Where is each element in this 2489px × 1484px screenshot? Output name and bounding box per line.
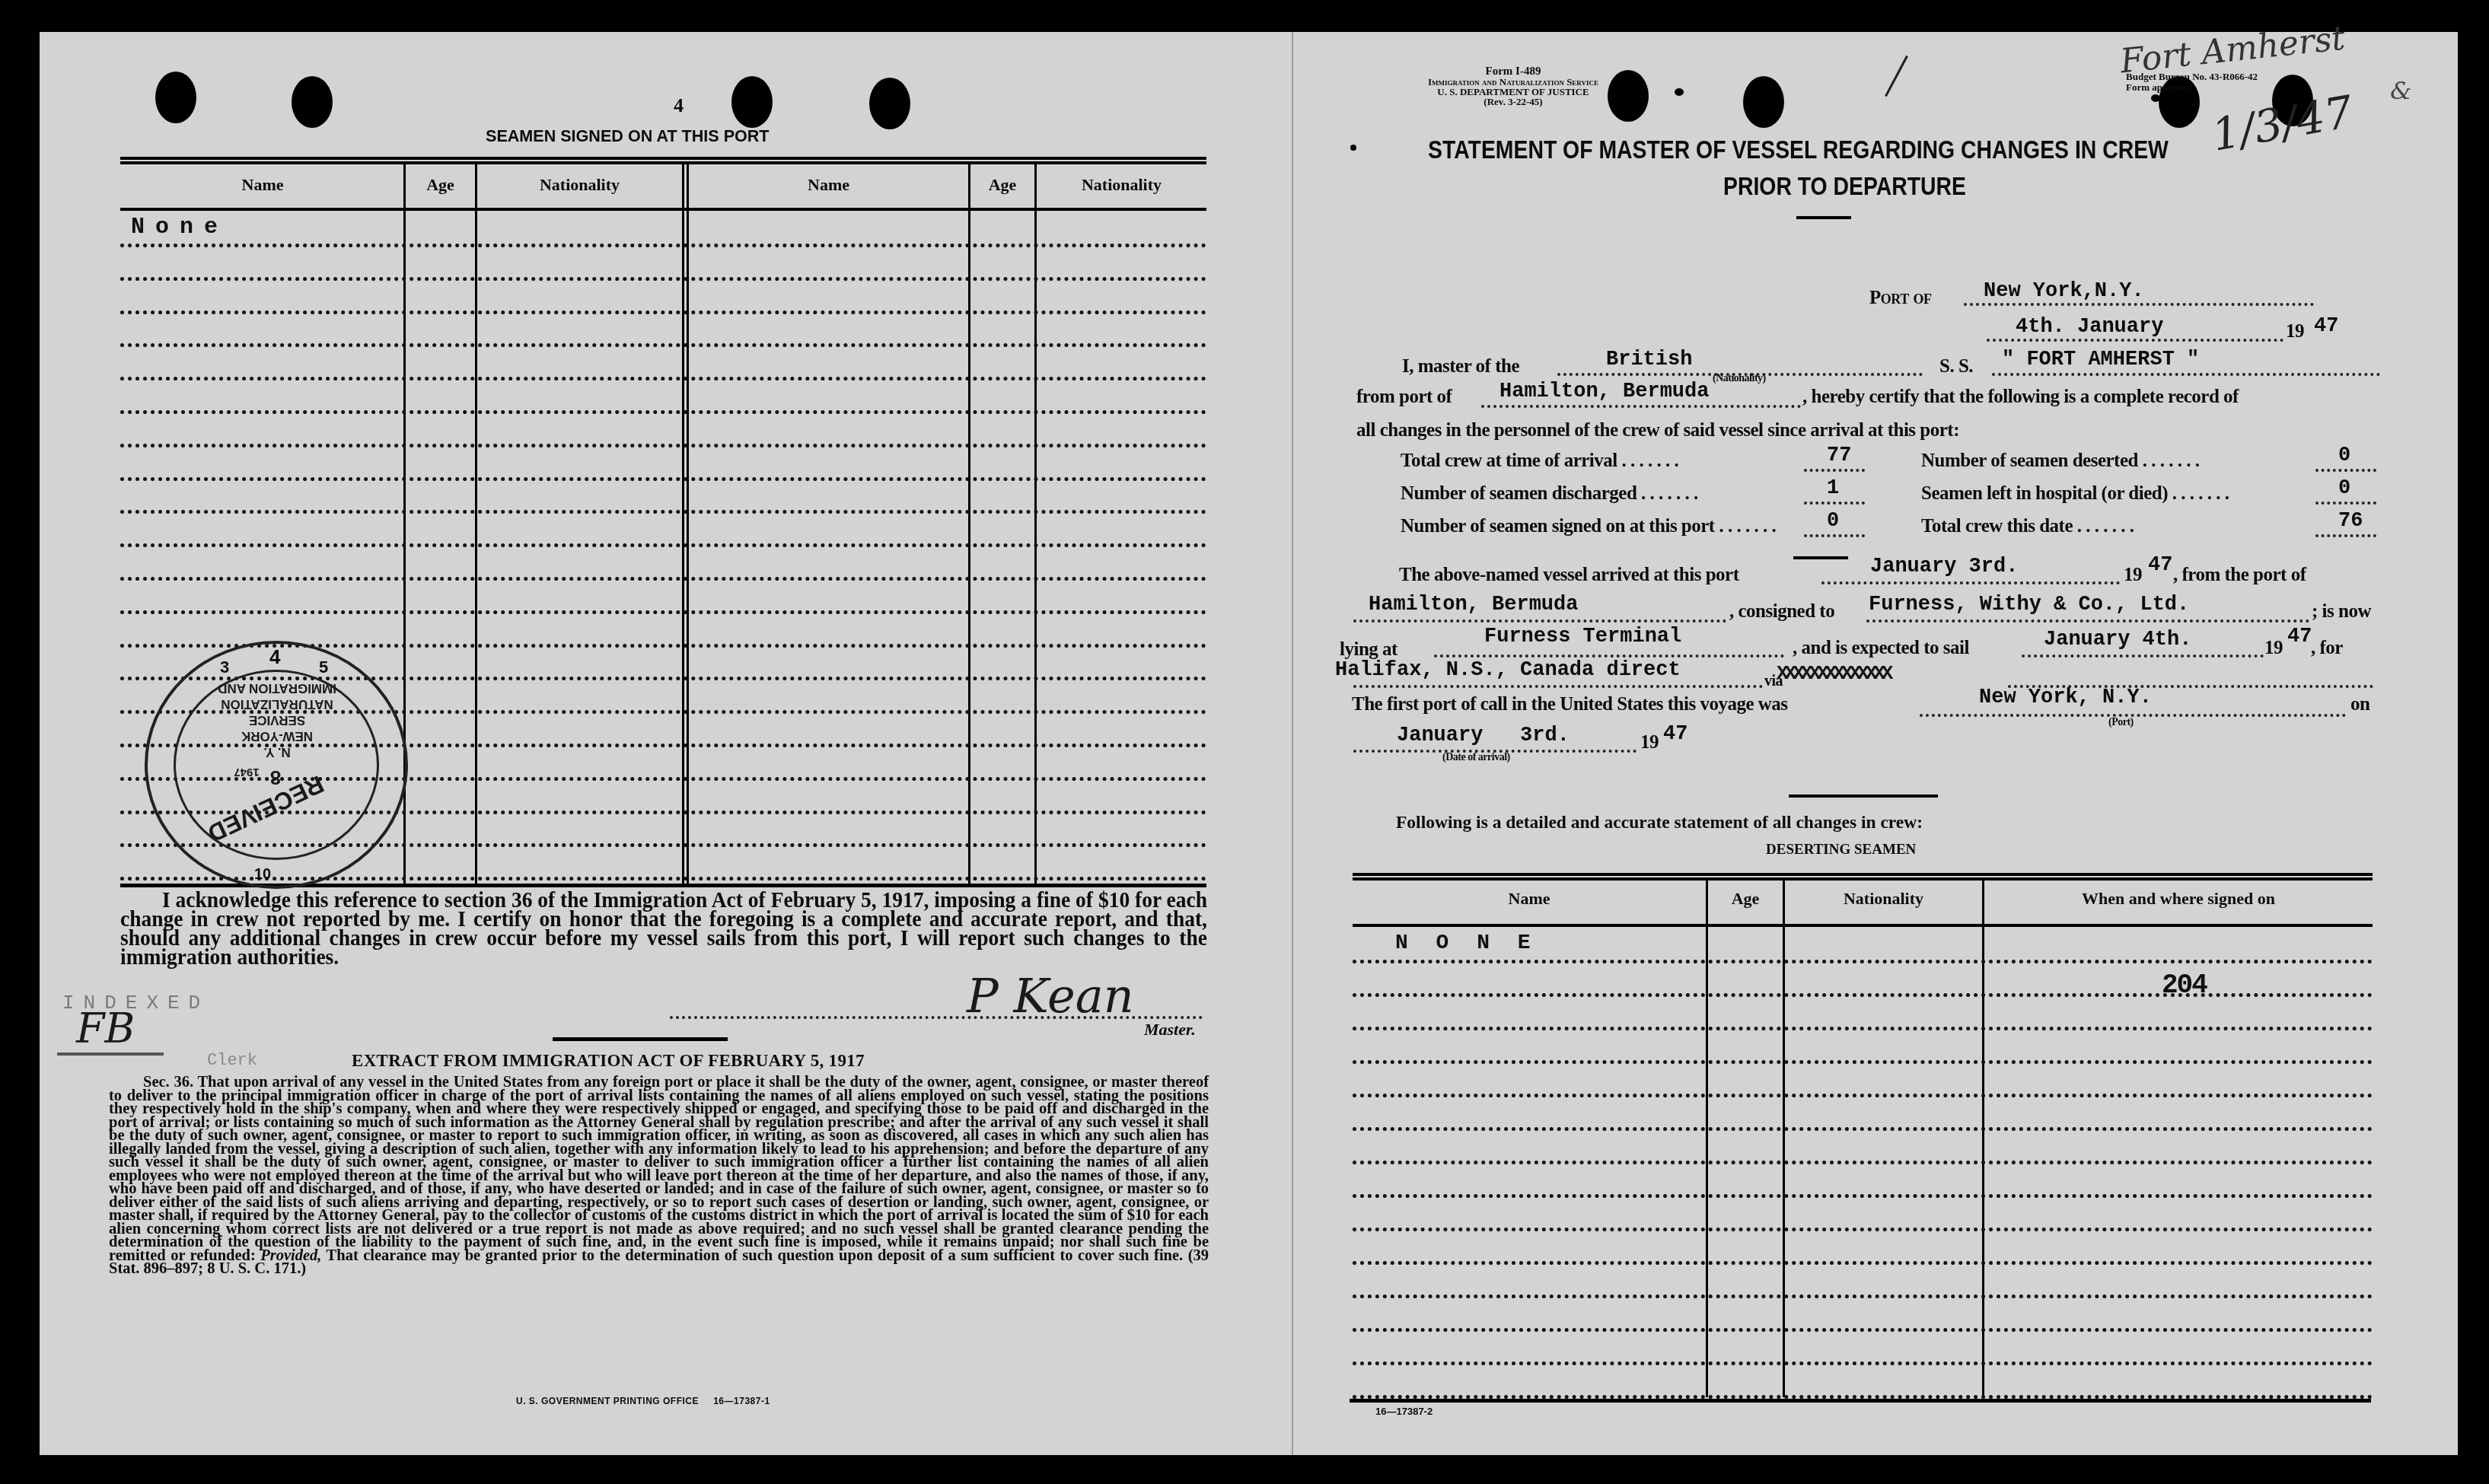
column-header-signed-on: When and where signed on	[1984, 889, 2373, 909]
year-prefix: 19	[2286, 321, 2304, 342]
lying-value: Furness Terminal	[1484, 626, 1681, 648]
page-fold	[1292, 32, 1293, 1455]
table-row	[1353, 1194, 2373, 1198]
table-row	[1353, 1228, 2373, 1231]
table-row	[120, 543, 1206, 547]
from-port-label: from port of	[1356, 387, 1452, 408]
arrived-label: The above-named vessel arrived at this p…	[1399, 565, 1739, 586]
column-divider	[1982, 880, 1984, 1397]
sail-field	[2022, 654, 2264, 658]
stat-value: 0	[2338, 477, 2350, 500]
sail-year: 47	[2287, 626, 2312, 648]
stat-value: 0	[1827, 510, 1839, 533]
punch-hole	[155, 72, 196, 123]
ss-label: S. S.	[1939, 356, 1973, 377]
from-port-value: Hamilton, Bermuda	[1499, 381, 1709, 403]
table-row	[120, 377, 1206, 381]
column-header-nationality: Nationality	[477, 175, 682, 195]
nationality-caption: (Nationality)	[1713, 373, 1766, 385]
form-title-line2: PRIOR TO DEPARTURE	[1723, 172, 1966, 201]
punch-hole	[292, 76, 333, 128]
stat-field	[2315, 534, 2376, 537]
clerk-label: Clerk	[207, 1051, 257, 1070]
extract-title: EXTRACT FROM IMMIGRATION ACT OF FEBRUARY…	[352, 1051, 865, 1071]
port-caption: (Port)	[2108, 717, 2134, 729]
column-header-name: Name	[122, 175, 403, 195]
table-row	[120, 477, 1206, 481]
table-row	[1353, 960, 2373, 963]
table-row	[1353, 1094, 2373, 1097]
deserting-title: DESERTING SEAMEN	[1766, 842, 1916, 858]
divider	[1789, 795, 1938, 798]
destination-field	[1353, 685, 1763, 688]
table-row	[120, 510, 1206, 514]
table-row	[120, 444, 1206, 447]
table-row	[1353, 1027, 2373, 1030]
consignee-field	[1866, 619, 2309, 623]
punch-hole	[731, 76, 773, 128]
table-row	[1353, 1361, 2373, 1365]
arrived-field	[1821, 581, 2120, 584]
page-number: 4	[674, 94, 684, 117]
first-year: 47	[1663, 723, 1687, 746]
form-code: 16—17387-2	[1375, 1406, 1433, 1417]
table-row	[1353, 1261, 2373, 1265]
from-port-of-label: , from the port of	[2173, 565, 2306, 586]
stat-field	[2315, 469, 2376, 472]
stamp-ring-5: 5	[319, 658, 328, 677]
table-row	[120, 310, 1206, 314]
master-label: I, master of the	[1402, 356, 1519, 377]
year-prefix: 19	[2264, 638, 2283, 659]
column-divider	[1706, 880, 1708, 1397]
lying-label: lying at	[1340, 639, 1397, 661]
table-top-rule	[1353, 873, 2373, 881]
table-row	[120, 577, 1206, 581]
lying-field	[1434, 654, 1784, 658]
divider	[553, 1037, 728, 1041]
form-header: Form I-489 Immigration and Naturalizatio…	[1353, 67, 1673, 107]
sail-label: , and is expected to sail	[1793, 638, 1969, 659]
divider	[1793, 556, 1848, 559]
stamp-agency-text: N. Y. NEW-YORK SERVICE NATURALIZATION IM…	[193, 680, 361, 760]
via-struck-out: XXXXXXXXXXXXXX	[1777, 662, 1889, 685]
table-bottom-rule	[1350, 1399, 2371, 1403]
ink-dot	[1675, 88, 1684, 96]
printer-line: U. S. GOVERNMENT PRINTING OFFICE 16—1738…	[516, 1396, 770, 1406]
for-label: , for	[2311, 638, 2343, 659]
certify-text: , hereby certify that the following is a…	[1802, 387, 2239, 408]
stat-value: 77	[1827, 444, 1851, 467]
table-row-name: None	[131, 215, 228, 240]
table-top-rule	[120, 157, 1206, 164]
certify-text-2: all changes in the personnel of the crew…	[1356, 420, 1959, 441]
stat-field	[1804, 534, 1865, 537]
master-signature: P Kean	[967, 968, 1134, 1024]
port-field	[1964, 303, 2314, 306]
year-value: 47	[2314, 315, 2338, 338]
stat-label: Seamen left in hospital (or died) . . . …	[1921, 483, 2229, 505]
form-title-line1: STATEMENT OF MASTER OF VESSEL REGARDING …	[1428, 135, 2169, 164]
date-caption: (Date of arrival)	[1442, 752, 1510, 764]
received-stamp: N. Y. NEW-YORK SERVICE NATURALIZATION IM…	[145, 641, 408, 889]
clerk-initials: FB	[76, 1005, 135, 1052]
date-field	[1987, 339, 2283, 342]
table-row	[1353, 1127, 2373, 1131]
year-prefix: 19	[2124, 565, 2142, 586]
table-row	[120, 410, 1206, 414]
nationality-value: British	[1606, 349, 1692, 371]
ink-dot	[1350, 145, 1356, 151]
following-text: Following is a detailed and accurate sta…	[1396, 813, 1923, 833]
stamp-year: 1947	[231, 766, 262, 779]
origin-value: Hamilton, Bermuda	[1369, 594, 1578, 616]
table-row	[120, 277, 1206, 281]
master-label: Master.	[1144, 1020, 1196, 1040]
sail-value: January 4th.	[2044, 629, 2191, 651]
punch-hole	[1743, 76, 1784, 128]
acknowledgment-text: I acknowledge this reference to section …	[120, 890, 1207, 967]
stat-label: Total crew at time of arrival . . . . . …	[1401, 451, 1678, 472]
port-value: New York,N.Y.	[1984, 280, 2144, 303]
stat-value: 0	[2338, 444, 2350, 467]
table-header-rule	[120, 208, 1206, 211]
first-port-label: The first port of call in the United Sta…	[1352, 694, 1788, 715]
port-label: Port of	[1869, 288, 1931, 309]
table-row	[1353, 1295, 2373, 1298]
table-row	[120, 343, 1206, 347]
column-header-age: Age	[406, 175, 475, 195]
table-row	[120, 244, 1206, 247]
first-date-value: January 3rd.	[1397, 724, 1570, 747]
column-divider	[1783, 880, 1785, 1397]
on-label: on	[2350, 694, 2369, 715]
section-title: SEAMEN SIGNED ON AT THIS PORT	[486, 126, 770, 146]
table-row	[1353, 993, 2373, 997]
extract-text: Sec. 36. That upon arrival of any vessel…	[109, 1076, 1209, 1276]
stamp-ring-10: 10	[254, 866, 271, 884]
table-row	[120, 610, 1206, 614]
table-header-rule	[1353, 924, 2373, 927]
stat-field	[2315, 502, 2376, 505]
stat-value: 1	[1827, 477, 1839, 500]
punch-hole	[869, 78, 910, 129]
stat-field	[1804, 502, 1865, 505]
table-row	[1353, 1161, 2373, 1164]
stamp-ring-4: 4	[269, 645, 280, 669]
divider	[1796, 216, 1851, 219]
stamp-ring-3: 3	[220, 658, 229, 677]
column-header-name: Name	[1353, 889, 1706, 909]
column-header-nationality: Nationality	[1037, 175, 1206, 195]
stat-field	[1804, 469, 1865, 472]
origin-field	[1353, 619, 1726, 623]
arrived-value: January 3rd.	[1870, 556, 2018, 578]
stat-label: Number of seamen discharged . . . . . . …	[1401, 483, 1698, 505]
stat-label: Number of seamen deserted . . . . . . .	[1921, 451, 2199, 472]
is-now-label: ; is now	[2312, 601, 2371, 623]
stat-label: Total crew this date . . . . . . .	[1921, 516, 2134, 537]
arrived-year: 47	[2148, 554, 2172, 577]
column-header-age: Age	[1708, 889, 1783, 909]
column-header-name: Name	[689, 175, 968, 195]
column-header-age: Age	[970, 175, 1034, 195]
clerk-underline	[57, 1052, 164, 1056]
consigned-label: , consigned to	[1729, 601, 1834, 623]
date-value: 4th. January	[2016, 316, 2163, 339]
year-prefix: 19	[1640, 732, 1659, 753]
ink-dot	[2151, 94, 2160, 102]
destination-value: Halifax, N.S., Canada direct	[1335, 659, 1681, 682]
stat-value: 76	[2338, 510, 2363, 533]
from-port-field	[1481, 405, 1801, 408]
column-header-nationality: Nationality	[1785, 889, 1982, 909]
table-row-name: N O N E	[1395, 931, 1538, 955]
consignee-value: Furness, Withy & Co., Ltd.	[1869, 594, 2189, 616]
table-row	[1353, 1060, 2373, 1064]
table-row	[1353, 1328, 2373, 1332]
stat-label: Number of seamen signed on at this port …	[1401, 516, 1776, 537]
vessel-field	[1992, 373, 2380, 376]
vessel-value: " FORT AMHERST "	[2002, 349, 2199, 371]
first-port-value: New York, N.Y.	[1979, 686, 2152, 709]
handwritten-mark: &	[2390, 76, 2411, 105]
